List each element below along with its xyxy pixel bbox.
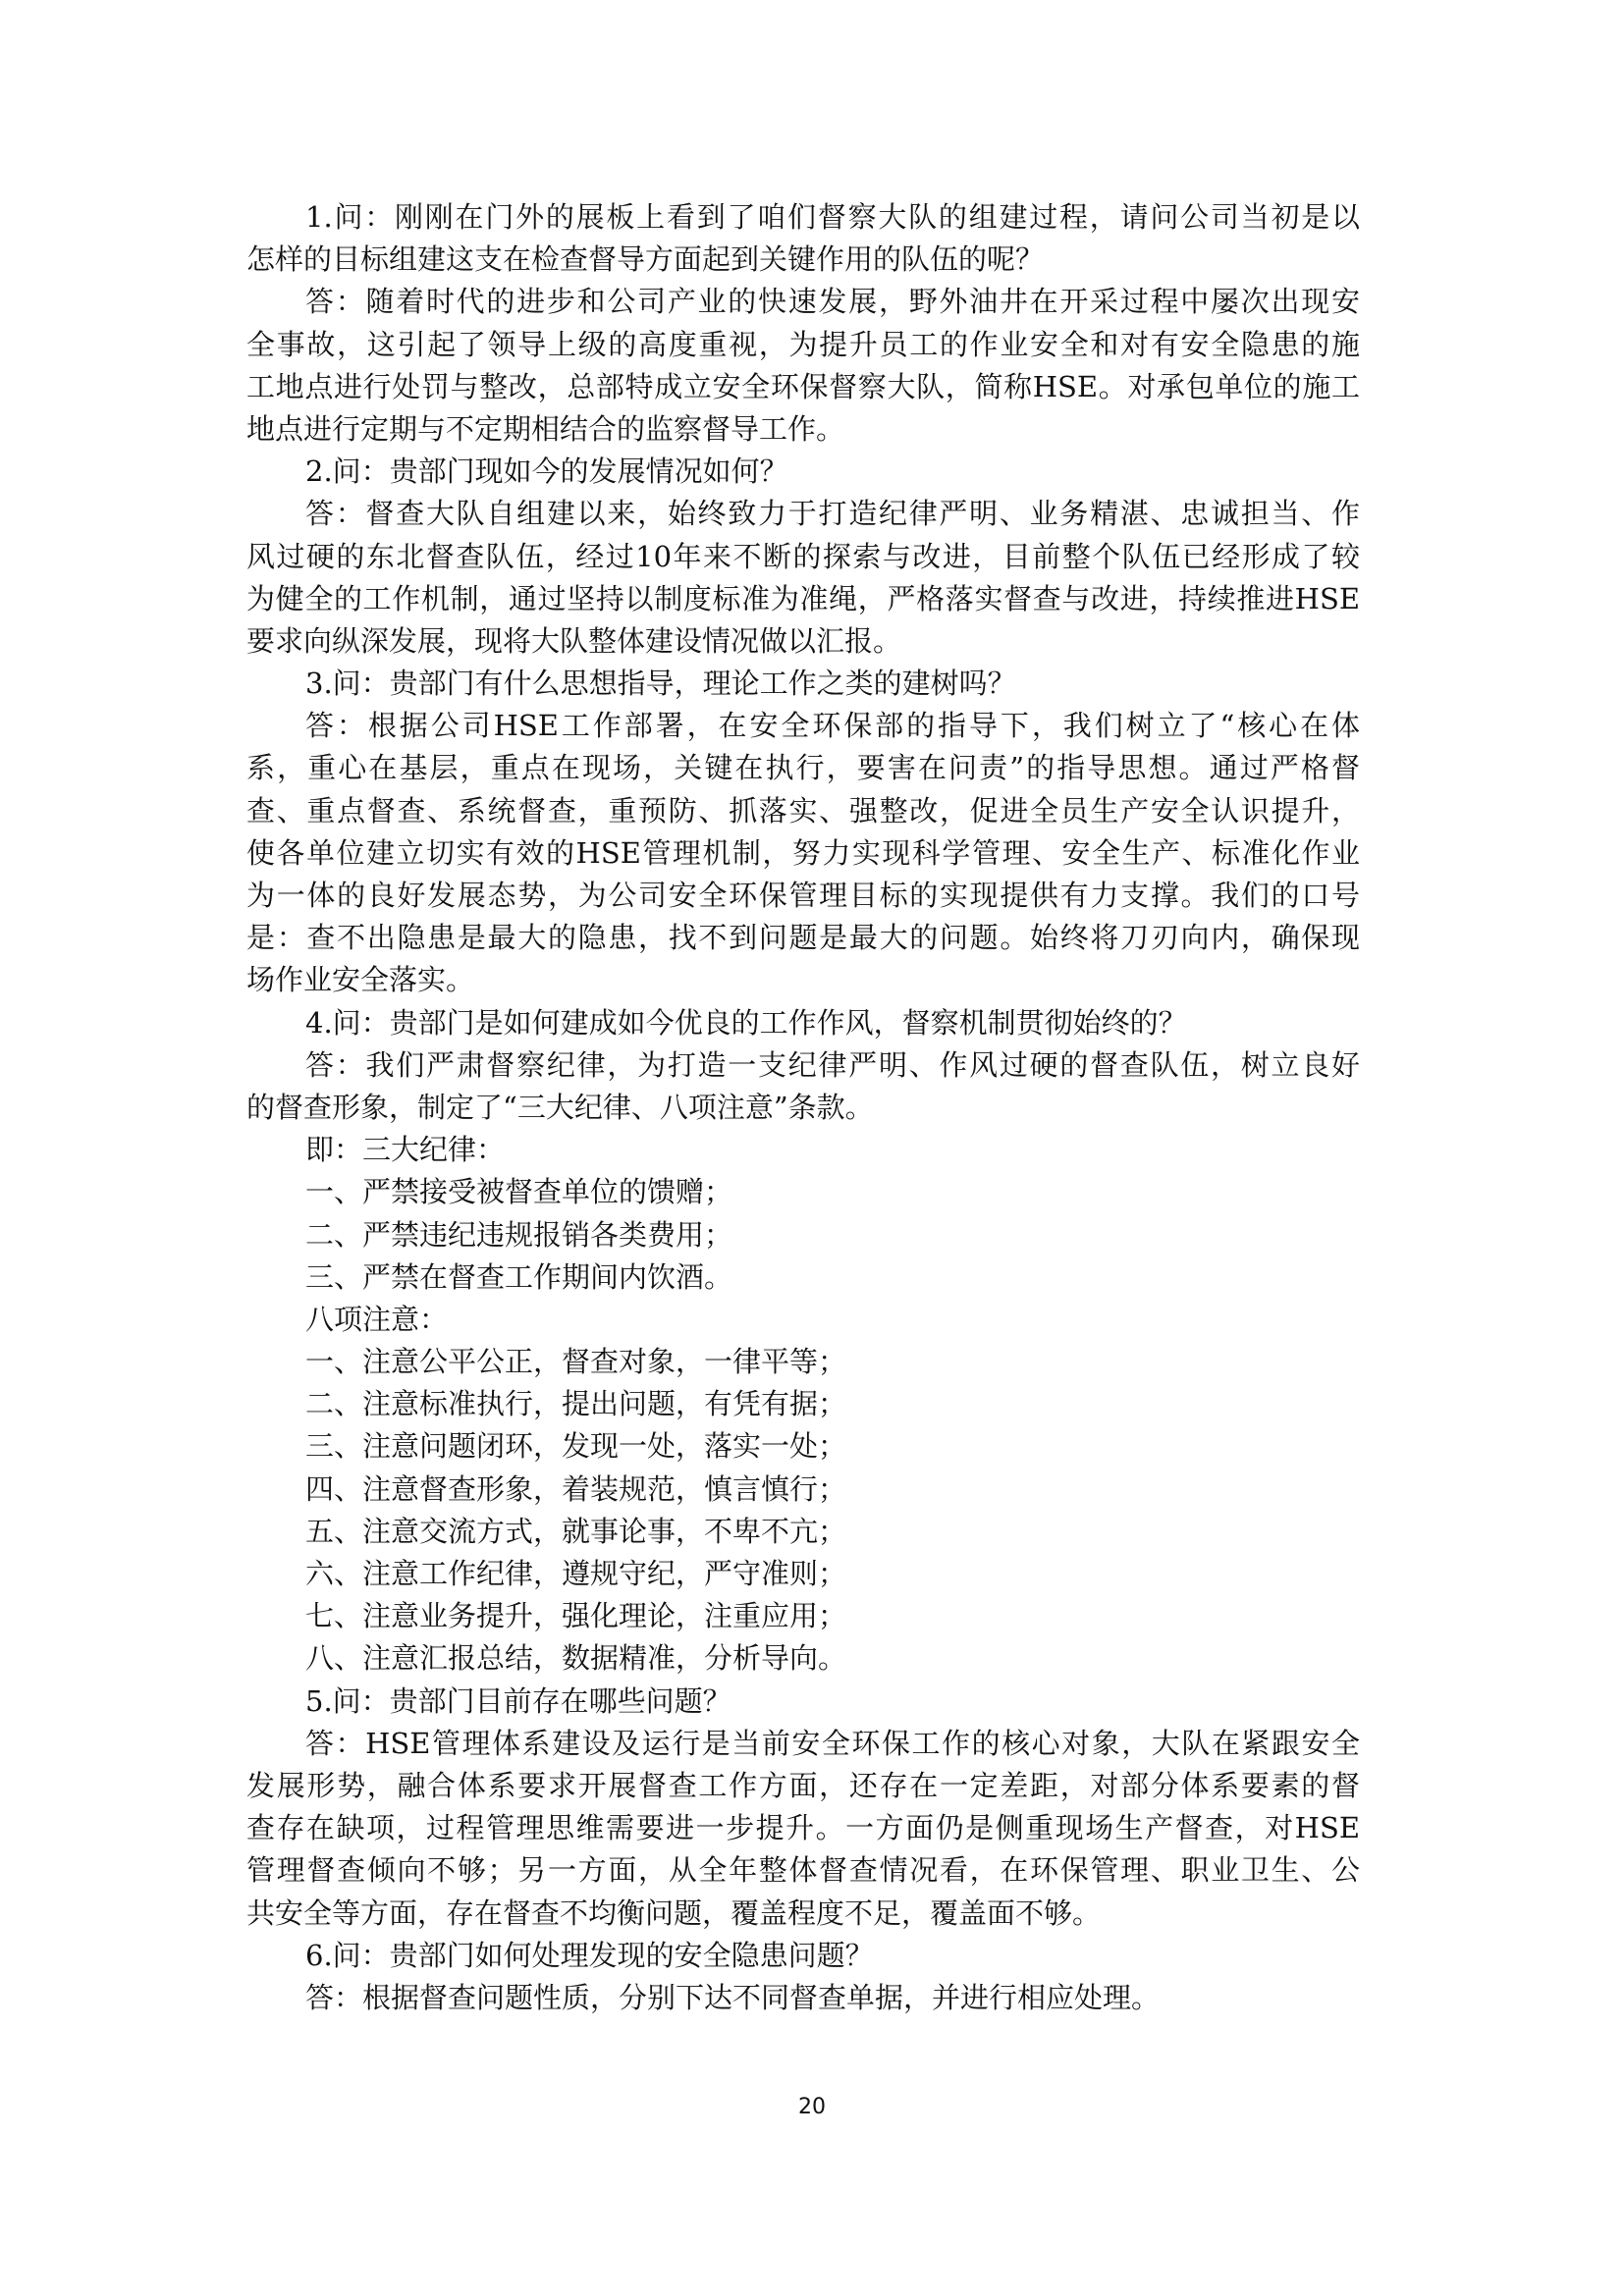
document-page: 1.问：刚刚在门外的展板上看到了咱们督察大队的组建过程，请问公司当初是以 怎样的…	[0, 0, 1624, 2296]
attention-item-6: 六、注意工作纪律，遵规守纪，严守准则；	[246, 1553, 1360, 1595]
question-6: 6.问：贵部门如何处理发现的安全隐患问题？	[246, 1935, 1360, 1977]
answer-2-line-4: 要求向纵深发展，现将大队整体建设情况做以汇报。	[246, 620, 1360, 663]
three-disciplines-heading: 即：三大纪律：	[246, 1129, 1360, 1171]
answer-1-line-2: 全事故，这引起了领导上级的高度重视，为提升员工的作业安全和对有安全隐患的施	[246, 324, 1360, 366]
answer-4-line-1: 答：我们严肃督察纪律，为打造一支纪律严明、作风过硬的督查队伍，树立良好	[246, 1044, 1360, 1087]
eight-attentions-heading: 八项注意：	[246, 1299, 1360, 1341]
page-number: 20	[0, 2095, 1624, 2119]
answer-5-line-5: 共安全等方面，存在督查不均衡问题，覆盖程度不足，覆盖面不够。	[246, 1893, 1360, 1935]
attention-item-7: 七、注意业务提升，强化理论，注重应用；	[246, 1595, 1360, 1637]
answer-5-line-2: 发展形势，融合体系要求开展督查工作方面，还存在一定差距，对部分体系要素的督	[246, 1765, 1360, 1807]
answer-1-line-4: 地点进行定期与不定期相结合的监察督导工作。	[246, 408, 1360, 451]
discipline-item-2: 二、严禁违纪违规报销各类费用；	[246, 1214, 1360, 1256]
answer-1-line-3: 工地点进行处罚与整改，总部特成立安全环保督察大队，简称HSE。对承包单位的施工	[246, 366, 1360, 408]
answer-6-line-1: 答：根据督查问题性质，分别下达不同督查单据，并进行相应处理。	[246, 1977, 1360, 2019]
answer-3-line-2: 系，重心在基层，重点在现场，关键在执行，要害在问责”的指导思想。通过严格督	[246, 747, 1360, 789]
answer-3-line-6: 是：查不出隐患是最大的隐患，找不到问题是最大的问题。始终将刀刃向内，确保现	[246, 917, 1360, 959]
question-1-line-2: 怎样的目标组建这支在检查督导方面起到关键作用的队伍的呢？	[246, 239, 1360, 281]
answer-2-line-1: 答：督查大队自组建以来，始终致力于打造纪律严明、业务精湛、忠诚担当、作	[246, 493, 1360, 535]
attention-item-8: 八、注意汇报总结，数据精准，分析导向。	[246, 1637, 1360, 1680]
attention-item-2: 二、注意标准执行，提出问题，有凭有据；	[246, 1383, 1360, 1425]
answer-2-line-3: 为健全的工作机制，通过坚持以制度标准为准绳，严格落实督查与改进，持续推进HSE	[246, 578, 1360, 620]
body-text: 1.问：刚刚在门外的展板上看到了咱们督察大队的组建过程，请问公司当初是以 怎样的…	[246, 196, 1360, 2019]
answer-3-line-1: 答：根据公司HSE工作部署，在安全环保部的指导下，我们树立了“核心在体	[246, 705, 1360, 747]
answer-5-line-4: 管理督查倾向不够；另一方面，从全年整体督查情况看，在环保管理、职业卫生、公	[246, 1849, 1360, 1892]
discipline-item-3: 三、严禁在督查工作期间内饮酒。	[246, 1256, 1360, 1299]
question-2: 2.问：贵部门现如今的发展情况如何？	[246, 451, 1360, 493]
answer-3-line-4: 使各单位建立切实有效的HSE管理机制，努力实现科学管理、安全生产、标准化作业	[246, 832, 1360, 875]
question-1-line-1: 1.问：刚刚在门外的展板上看到了咱们督察大队的组建过程，请问公司当初是以	[246, 196, 1360, 239]
question-5: 5.问：贵部门目前存在哪些问题？	[246, 1681, 1360, 1723]
answer-3-line-3: 查、重点督查、系统督查，重预防、抓落实、强整改，促进全员生产安全认识提升，	[246, 790, 1360, 832]
answer-5-line-1: 答：HSE管理体系建设及运行是当前安全环保工作的核心对象，大队在紧跟安全	[246, 1723, 1360, 1765]
answer-4-line-2: 的督查形象，制定了“三大纪律、八项注意”条款。	[246, 1087, 1360, 1129]
answer-3-line-5: 为一体的良好发展态势，为公司安全环保管理目标的实现提供有力支撑。我们的口号	[246, 875, 1360, 917]
question-3: 3.问：贵部门有什么思想指导，理论工作之类的建树吗？	[246, 663, 1360, 705]
answer-1-line-1: 答：随着时代的进步和公司产业的快速发展，野外油井在开采过程中屡次出现安	[246, 281, 1360, 323]
answer-2-line-2: 风过硬的东北督查队伍，经过10年来不断的探索与改进，目前整个队伍已经形成了较	[246, 536, 1360, 578]
attention-item-1: 一、注意公平公正，督查对象，一律平等；	[246, 1341, 1360, 1383]
attention-item-4: 四、注意督查形象，着装规范，慎言慎行；	[246, 1468, 1360, 1511]
answer-5-line-3: 查存在缺项，过程管理思维需要进一步提升。一方面仍是侧重现场生产督查，对HSE	[246, 1807, 1360, 1849]
answer-3-line-7: 场作业安全落实。	[246, 959, 1360, 1001]
attention-item-3: 三、注意问题闭环，发现一处，落实一处；	[246, 1425, 1360, 1468]
attention-item-5: 五、注意交流方式，就事论事，不卑不亢；	[246, 1511, 1360, 1553]
discipline-item-1: 一、严禁接受被督查单位的馈赠；	[246, 1171, 1360, 1213]
question-4: 4.问：贵部门是如何建成如今优良的工作作风，督察机制贯彻始终的？	[246, 1002, 1360, 1044]
